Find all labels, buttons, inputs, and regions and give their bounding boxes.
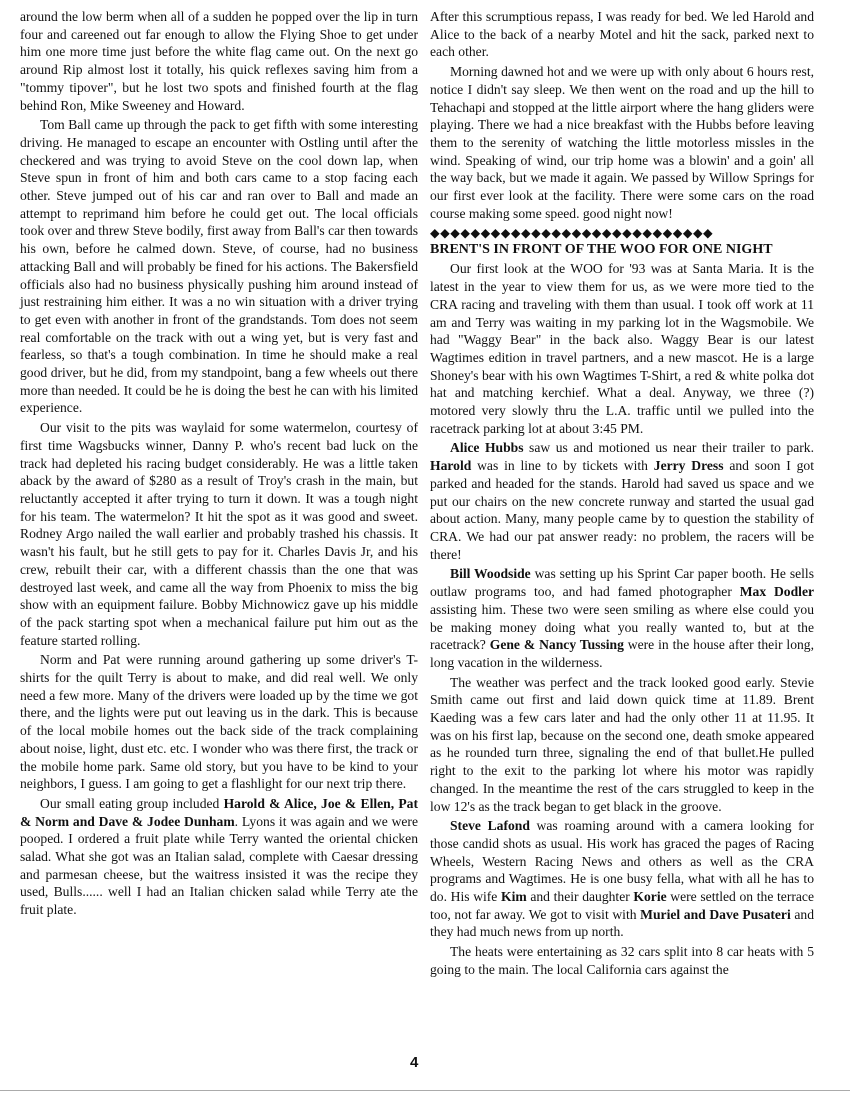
bold-name: Kim [501, 889, 527, 904]
section-heading: BRENT'S IN FRONT OF THE WOO FOR ONE NIGH… [430, 241, 814, 259]
paragraph: around the low berm when all of a sudden… [20, 8, 418, 114]
paragraph: Norm and Pat were running around gatheri… [20, 651, 418, 793]
bold-name: Muriel and Dave Pusateri [640, 907, 791, 922]
paragraph: Our first look at the WOO for '93 was at… [430, 260, 814, 437]
paragraph: Our visit to the pits was waylaid for so… [20, 419, 418, 649]
paragraph: Our small eating group included Harold &… [20, 795, 418, 919]
bold-name: Alice Hubbs [450, 440, 524, 455]
text: . Lyons it was again and we were pooped.… [20, 814, 418, 918]
text: and their daughter [527, 889, 634, 904]
paragraph: After this scrumptious repass, I was rea… [430, 8, 814, 61]
bold-name: Bill Woodside [450, 566, 531, 581]
left-column: around the low berm when all of a sudden… [20, 8, 418, 921]
bottom-rule [0, 1090, 850, 1091]
text: saw us and motioned us near their traile… [524, 440, 814, 455]
paragraph: Morning dawned hot and we were up with o… [430, 63, 814, 222]
paragraph: The weather was perfect and the track lo… [430, 674, 814, 816]
right-column: After this scrumptious repass, I was rea… [430, 8, 814, 981]
paragraph: The heats were entertaining as 32 cars s… [430, 943, 814, 978]
bold-name: Max Dodler [740, 584, 814, 599]
bold-name: Gene & Nancy Tussing [490, 637, 624, 652]
bold-name: Jerry Dress [654, 458, 724, 473]
paragraph: Bill Woodside was setting up his Sprint … [430, 565, 814, 671]
bold-name: Harold [430, 458, 471, 473]
paragraph: Tom Ball came up through the pack to get… [20, 116, 418, 417]
text: was in line to by tickets with [471, 458, 653, 473]
diamond-divider: ◆◆◆◆◆◆◆◆◆◆◆◆◆◆◆◆◆◆◆◆◆◆◆◆◆◆◆◆ [430, 224, 814, 241]
page-number: 4 [410, 1054, 418, 1071]
paragraph: Alice Hubbs saw us and motioned us near … [430, 439, 814, 563]
bold-name: Steve Lafond [450, 818, 530, 833]
bold-name: Korie [633, 889, 666, 904]
text: Our small eating group included [40, 796, 224, 811]
text: and soon I got parked and headed for the… [430, 458, 814, 562]
paragraph: Steve Lafond was roaming around with a c… [430, 817, 814, 941]
